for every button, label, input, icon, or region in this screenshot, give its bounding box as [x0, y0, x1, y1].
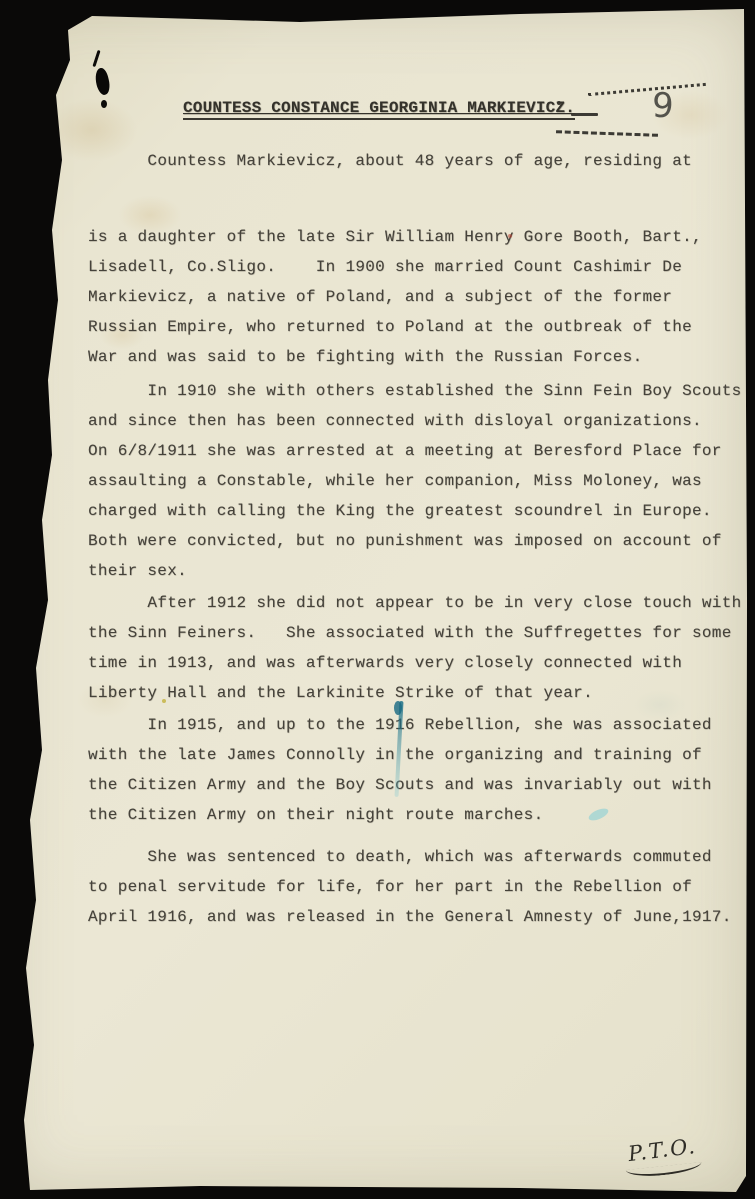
- red-ink-speck: [508, 234, 512, 238]
- paragraph-1912-suffragettes: After 1912 she did not appear to be in v…: [88, 588, 748, 708]
- paragraph-sentence: She was sentenced to death, which was af…: [88, 842, 748, 932]
- paragraph-family: is a daughter of the late Sir William He…: [88, 222, 748, 372]
- paragraph-1915-citizen-army: In 1915, and up to the 1916 Rebellion, s…: [88, 710, 748, 830]
- paragraph-1910-arrest: In 1910 she with others established the …: [88, 376, 748, 586]
- blue-ink-blot: [394, 701, 402, 715]
- page-number: 9: [651, 86, 674, 127]
- tear-dot: [101, 100, 107, 108]
- yellow-speck: [162, 699, 166, 703]
- document-title: COUNTESS CONSTANCE GEORGINIA MARKIEVICZ.: [183, 99, 575, 120]
- paragraph-intro: Countess Markievicz, about 48 years of a…: [88, 146, 748, 176]
- document-body: Countess Markievicz, about 48 years of a…: [88, 146, 748, 934]
